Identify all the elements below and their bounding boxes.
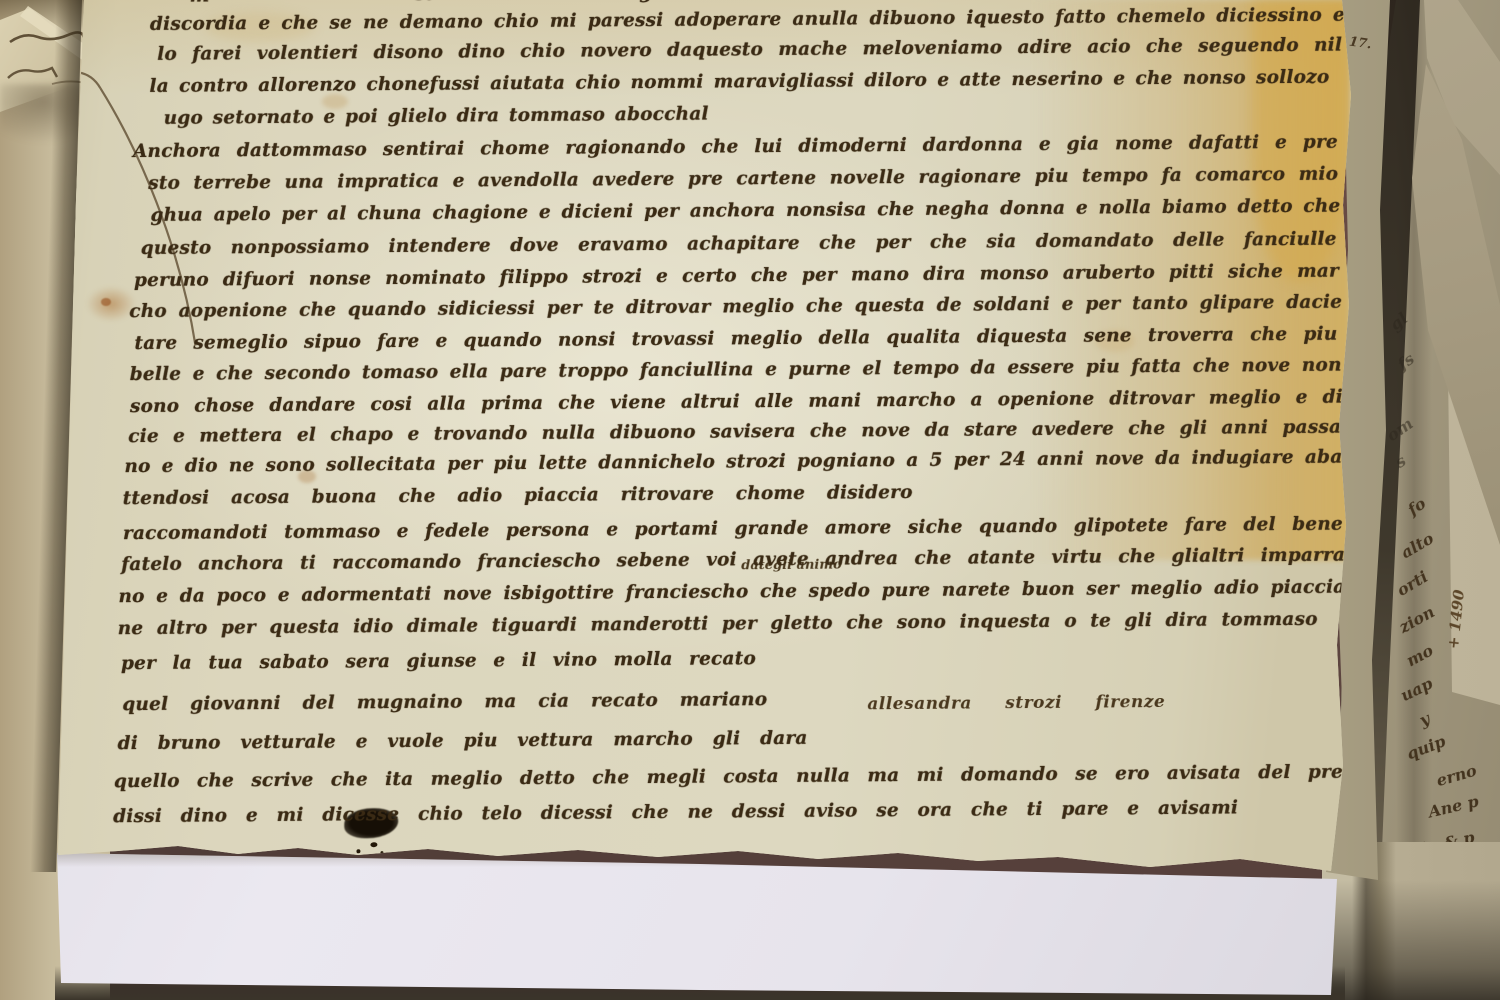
page-fragment-text: fo: [1404, 494, 1429, 520]
manuscript-line: no e da poco e adormentati nove isbigott…: [118, 577, 1345, 608]
manuscript-line: cho aopenione che quando sidiciessi per …: [129, 292, 1342, 323]
ink-speck: [370, 842, 377, 847]
manuscript-line: ugo setornato e poi glielo dira tommaso …: [164, 104, 709, 130]
ink-speck: [356, 849, 360, 853]
page-fragment-text: y: [1417, 709, 1433, 730]
page-fragment-text: quip: [1404, 731, 1448, 763]
page-fragment-text: erno: [1434, 761, 1479, 791]
manuscript-line: raccomandoti tommaso e fedele persona e …: [123, 514, 1343, 545]
manuscript-line: Anchora dattommaso sentirai chome ragion…: [133, 132, 1338, 163]
manuscript-line: sono chose dandare cosi alla prima che v…: [130, 387, 1343, 418]
manuscript-line: fatelo anchora ti raccomando franciescho…: [121, 545, 1345, 576]
manuscript-line: questo nonpossiamo intendere dove eravam…: [141, 229, 1337, 260]
manuscript-line: tare semeglio sipuo fare e quando nonsi …: [134, 324, 1337, 355]
manuscript-line: ghua apelo per al chuna chagione e dicie…: [150, 196, 1340, 227]
manuscript-line: cie e mettera el chapo e trovando nulla …: [128, 417, 1341, 448]
manuscript-line: di bruno vetturale e vuole piu vettura m…: [118, 728, 808, 755]
page-fragment-text: uap: [1398, 674, 1436, 706]
manuscript-line: m st gi: [190, 0, 660, 7]
ink-layer: dategli animo allesandra strozi firenze …: [0, 0, 1500, 1000]
page-fragment-text: mo: [1403, 641, 1436, 671]
manuscript-line: la contro allorenzo chonefussi aiutata c…: [149, 67, 1329, 98]
manuscript-line: dissi dino e mi dicesse chio telo dicess…: [113, 797, 1238, 827]
manuscript-line: belle e che secondo tomaso ella pare tro…: [130, 355, 1342, 386]
manuscript-line: peruno difuori nonse nominato filippo st…: [134, 261, 1339, 292]
margin-mark: 17.: [1348, 34, 1372, 52]
page-fragment-text: Ane p: [1427, 792, 1481, 822]
page-fragment-text: alto: [1398, 529, 1437, 563]
manuscript-line: discordia e che se ne demano chio mi par…: [150, 5, 1345, 36]
page-fragment-text: zion: [1396, 602, 1438, 637]
manuscript-page: dategli animo allesandra strozi firenze …: [0, 0, 1500, 1000]
page-fragment-text: orti: [1393, 567, 1431, 600]
manuscript-line: no e dio ne sono sollecitata per piu let…: [124, 447, 1342, 478]
manuscript-line: lo farei volentieri disono dino chio nov…: [157, 35, 1342, 66]
manuscript-line: per la tua sabato sera giunse e il vino …: [121, 648, 756, 674]
manuscript-line: quello che scrive che ita meglio detto c…: [114, 761, 1376, 792]
signature: allesandra strozi firenze: [867, 692, 1165, 714]
manuscript-line: sto terrebe una impratica e avendolla av…: [148, 164, 1338, 195]
manuscript-line: quel giovanni del mugnaino ma cia recato…: [122, 689, 767, 715]
manuscript-line: ttendosi acosa buona che adio piaccia ri…: [123, 482, 913, 509]
manuscript-line: ne altro per questa idio dimale tiguardi…: [118, 609, 1318, 640]
manuscript-photo: + 1490 foaltoortizionmouapyquipernoAne p…: [0, 0, 1500, 1000]
